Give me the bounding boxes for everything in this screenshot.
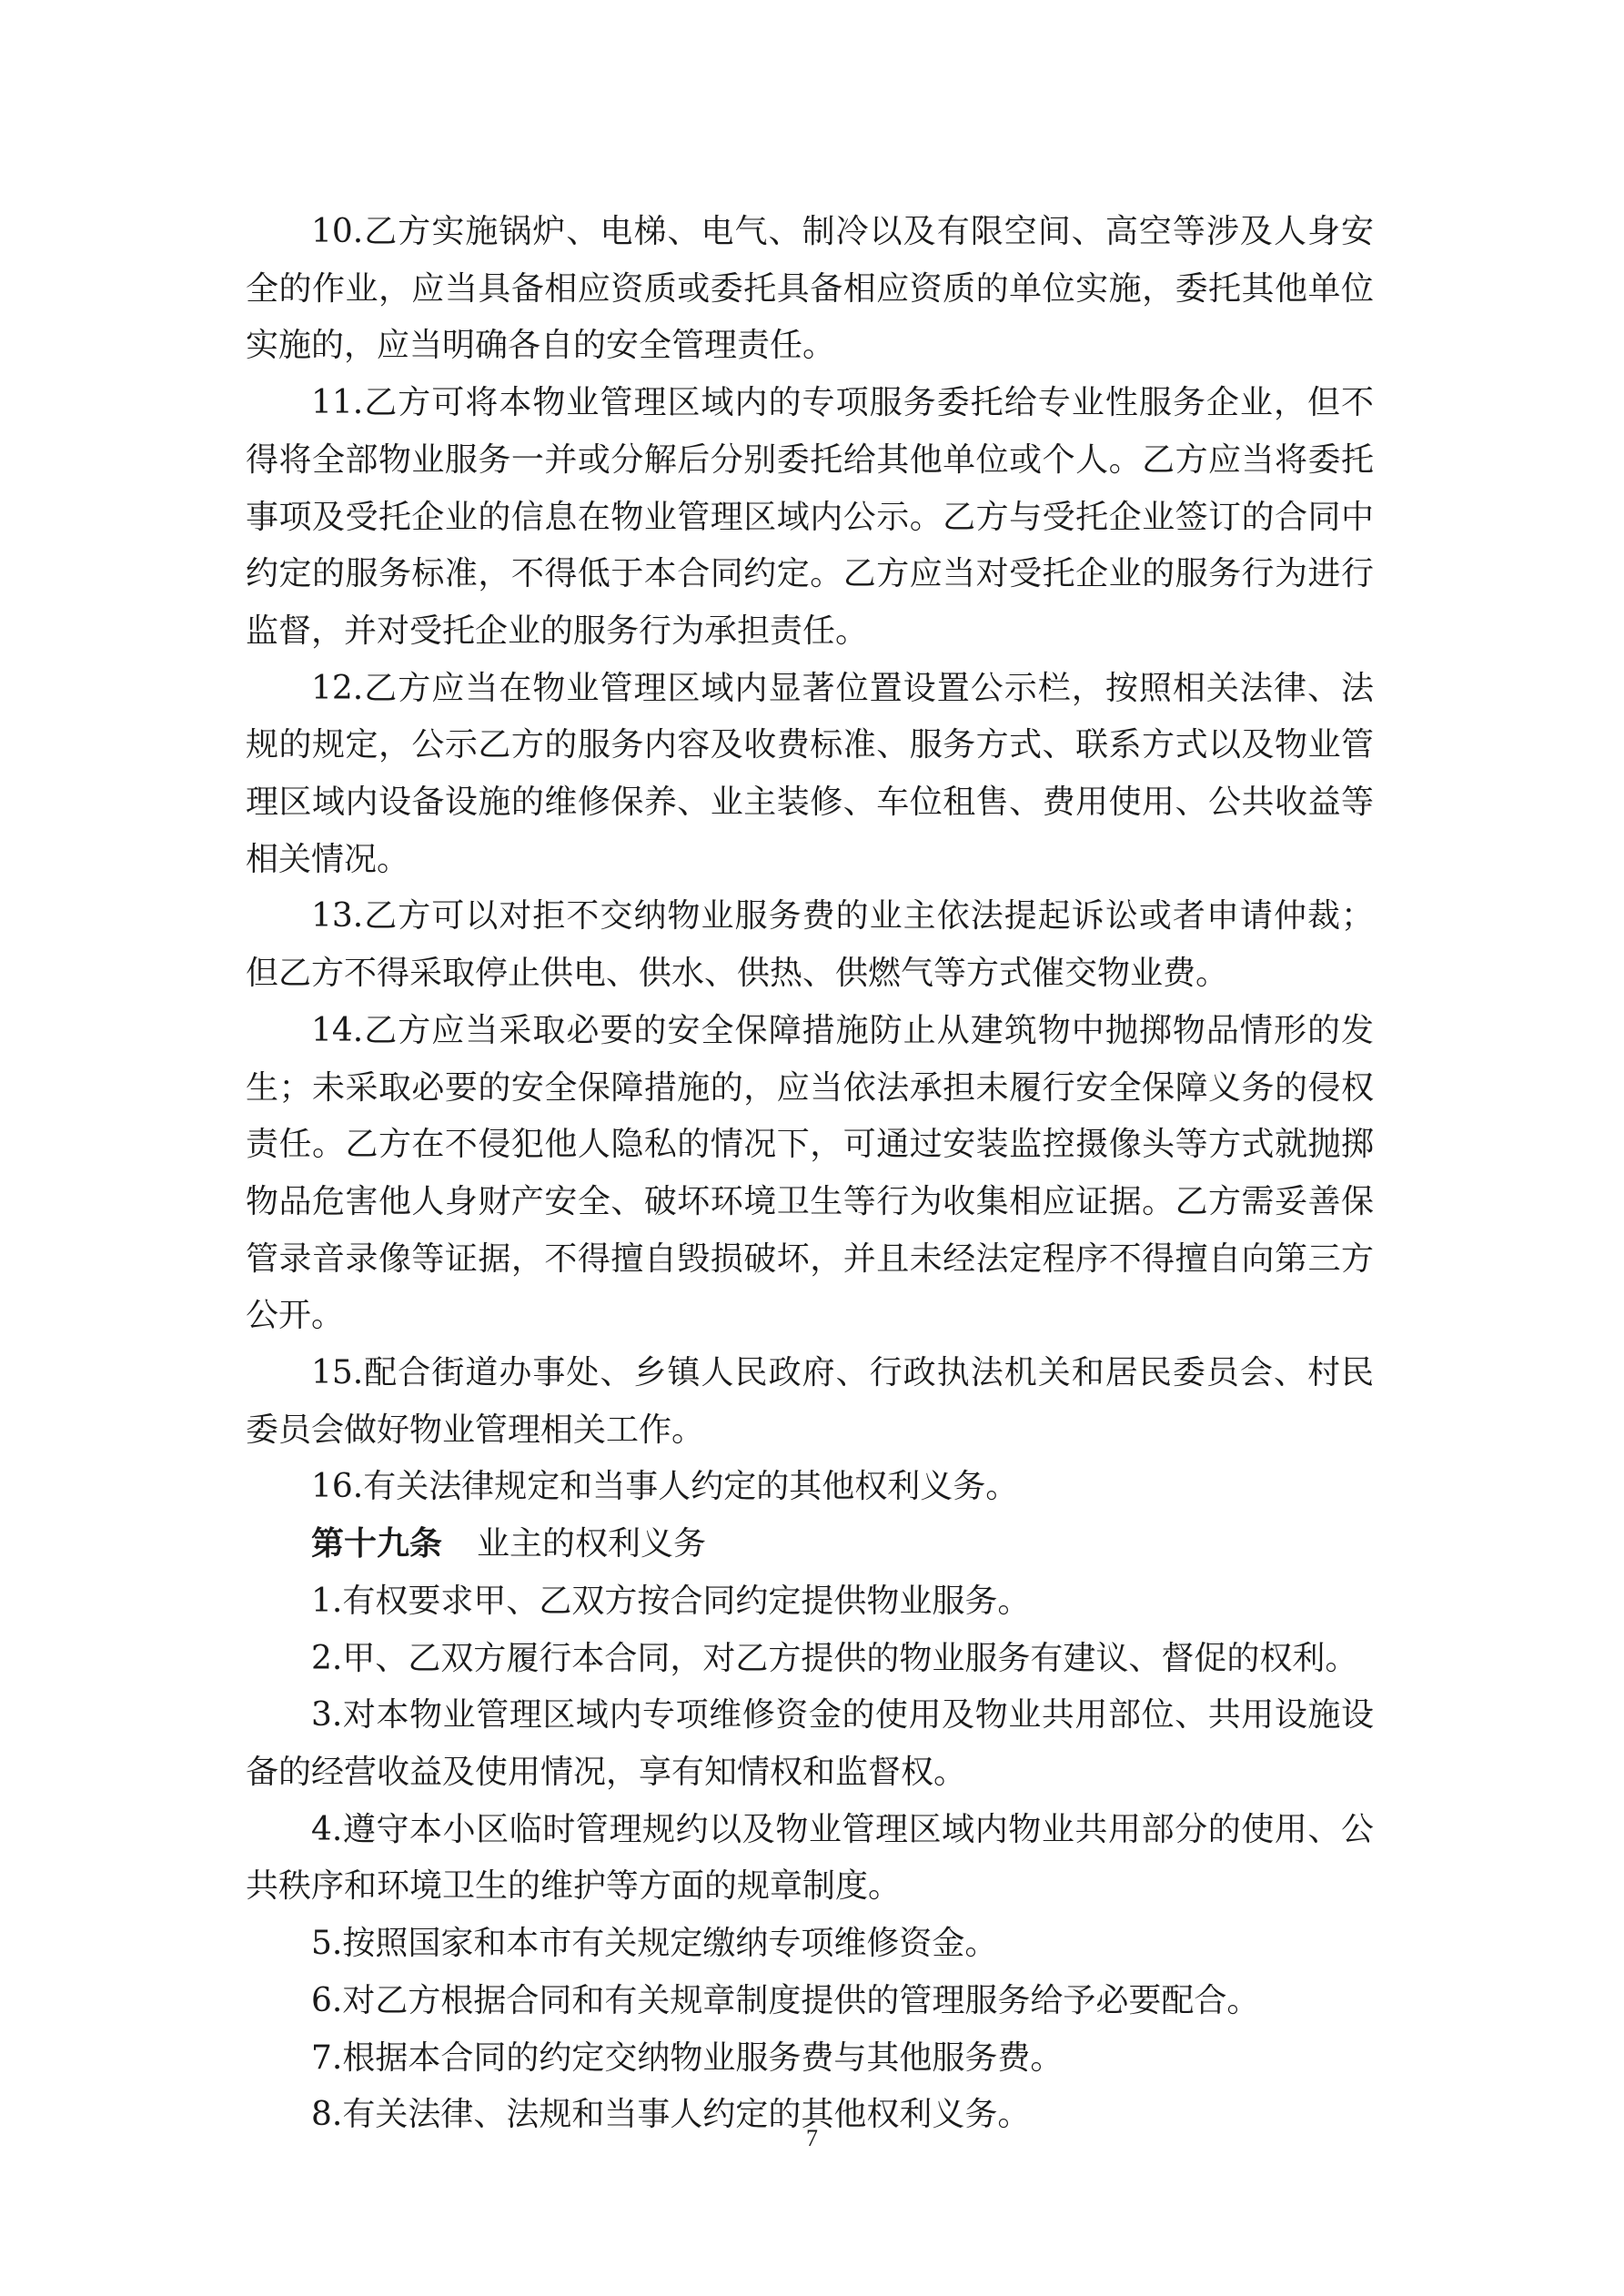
article-number: 第十九条 xyxy=(311,1525,442,1563)
clause-14: 14.乙方应当采取必要的安全保障措施防止从建筑物中抛掷物品情形的发生；未采取必要… xyxy=(246,1003,1374,1345)
article-heading: 第十九条业主的权利义务 xyxy=(246,1516,1374,1573)
article-title: 业主的权利义务 xyxy=(477,1525,706,1563)
document-body: 10.乙方实施锅炉、电梯、电气、制冷以及有限空间、高空等涉及人身安全的作业，应当… xyxy=(246,204,1374,2144)
owner-clause-4: 4.遵守本小区临时管理规约以及物业管理区域内物业共用部分的使用、公共秩序和环境卫… xyxy=(246,1802,1374,1916)
clause-15: 15.配合街道办事处、乡镇人民政府、行政执法机关和居民委员会、村民委员会做好物业… xyxy=(246,1345,1374,1459)
document-page: 10.乙方实施锅炉、电梯、电气、制冷以及有限空间、高空等涉及人身安全的作业，应当… xyxy=(0,0,1624,2296)
clause-10: 10.乙方实施锅炉、电梯、电气、制冷以及有限空间、高空等涉及人身安全的作业，应当… xyxy=(246,204,1374,375)
clause-13: 13.乙方可以对拒不交纳物业服务费的业主依法提起诉讼或者申请仲裁；但乙方不得采取… xyxy=(246,888,1374,1002)
clause-11: 11.乙方可将本物业管理区域内的专项服务委托给专业性服务企业，但不得将全部物业服… xyxy=(246,375,1374,661)
clause-16: 16.有关法律规定和当事人约定的其他权利义务。 xyxy=(246,1459,1374,1516)
page-number: 7 xyxy=(0,2125,1624,2152)
owner-clause-6: 6.对乙方根据合同和有关规章制度提供的管理服务给予必要配合。 xyxy=(246,1973,1374,2030)
clause-12: 12.乙方应当在物业管理区域内显著位置设置公示栏，按照相关法律、法规的规定，公示… xyxy=(246,661,1374,889)
owner-clause-3: 3.对本物业管理区域内专项维修资金的使用及物业共用部位、共用设施设备的经营收益及… xyxy=(246,1687,1374,1801)
owner-clause-5: 5.按照国家和本市有关规定缴纳专项维修资金。 xyxy=(246,1916,1374,1973)
owner-clause-1: 1.有权要求甲、乙双方按合同约定提供物业服务。 xyxy=(246,1573,1374,1631)
owner-clause-7: 7.根据本合同的约定交纳物业服务费与其他服务费。 xyxy=(246,2030,1374,2088)
owner-clause-2: 2.甲、乙双方履行本合同，对乙方提供的物业服务有建议、督促的权利。 xyxy=(246,1631,1374,1688)
